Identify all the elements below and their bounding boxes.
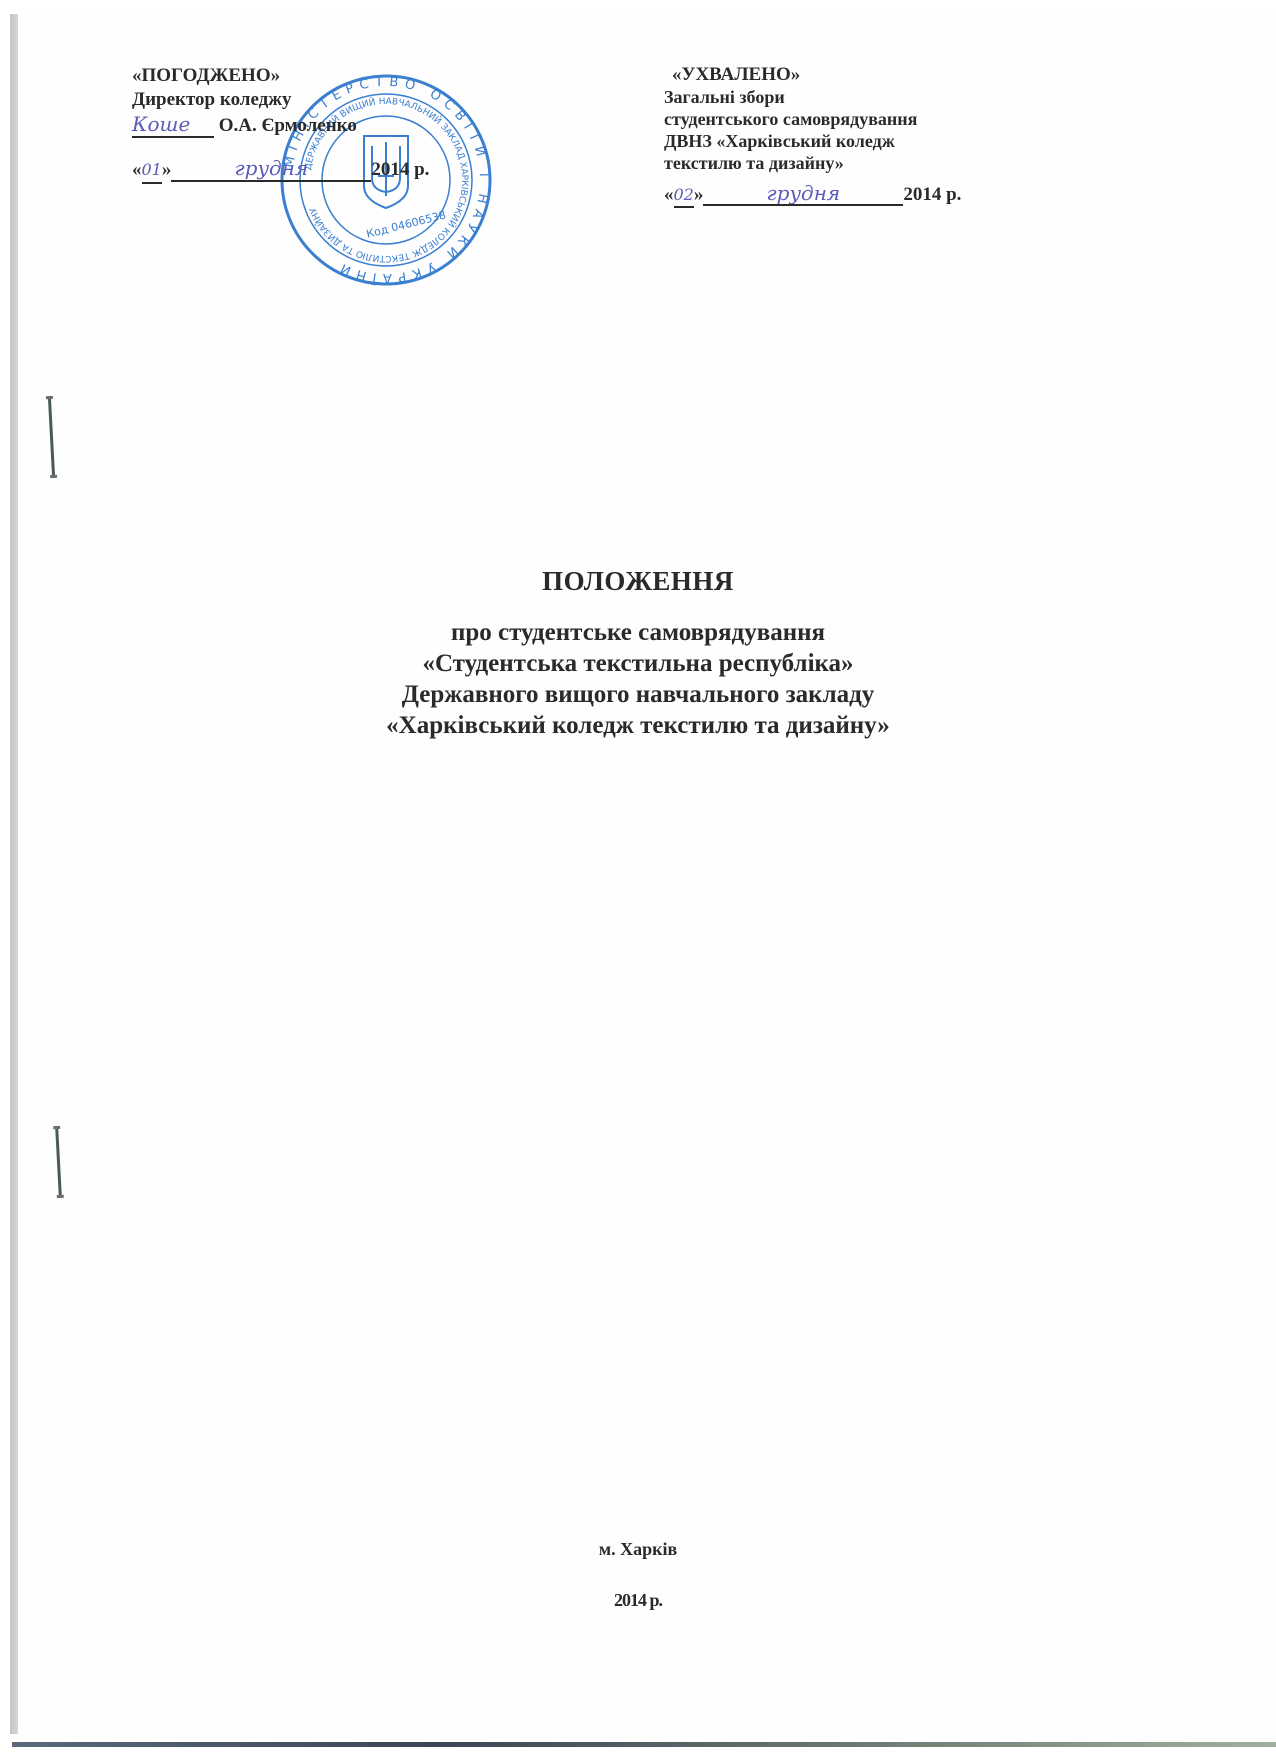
subtitle-line-2: «Студентська текстильна республіка» bbox=[0, 648, 1276, 679]
subtitle-line-3: Державного вищого навчального закладу bbox=[0, 679, 1276, 710]
scan-edge-bottom bbox=[12, 1742, 1276, 1747]
adopted-line-2: студентського самоврядування bbox=[664, 108, 961, 130]
approval-block-adopted: «УХВАЛЕНО» Загальні збори студентського … bbox=[664, 64, 961, 208]
document-title-block: ПОЛОЖЕННЯ про студентське самоврядування… bbox=[0, 566, 1276, 741]
director-signature-row: Коше О.А. Єрмоленко bbox=[132, 112, 429, 138]
director-position: Директор коледжу bbox=[132, 88, 429, 112]
document-title: ПОЛОЖЕННЯ bbox=[0, 566, 1276, 597]
document-page bbox=[18, 14, 1276, 1742]
footer-year: 2014 р. bbox=[0, 1590, 1276, 1611]
handwritten-day: 01 bbox=[142, 158, 162, 184]
handwritten-day: 02 bbox=[674, 184, 694, 208]
adopted-line-1: Загальні збори bbox=[664, 86, 961, 108]
handwritten-month: грудня bbox=[171, 156, 371, 182]
handwritten-signature: Коше bbox=[132, 112, 214, 138]
approval-block-agreed: «ПОГОДЖЕНО» Директор коледжу Коше О.А. Є… bbox=[132, 64, 429, 184]
subtitle-line-4: «Харківський коледж текстилю та дизайну» bbox=[0, 710, 1276, 741]
adopted-line-3: ДВНЗ «Харківський коледж bbox=[664, 130, 961, 152]
adopted-date: «02»грудня2014 р. bbox=[664, 182, 961, 208]
agreed-date: «01»грудня2014 р. bbox=[132, 156, 429, 184]
agreed-year: 2014 р. bbox=[371, 159, 429, 180]
footer-city: м. Харків bbox=[0, 1539, 1276, 1560]
adopted-line-4: текстилю та дизайну» bbox=[664, 152, 961, 174]
document-subtitle: про студентське самоврядування «Студентс… bbox=[0, 617, 1276, 741]
handwritten-month: грудня bbox=[703, 182, 903, 206]
subtitle-line-1: про студентське самоврядування bbox=[0, 617, 1276, 648]
adopted-year: 2014 р. bbox=[903, 184, 961, 205]
director-name: О.А. Єрмоленко bbox=[219, 115, 357, 136]
scan-edge-left bbox=[10, 14, 18, 1734]
agreed-header: «ПОГОДЖЕНО» bbox=[132, 64, 429, 88]
adopted-header: «УХВАЛЕНО» bbox=[664, 64, 961, 86]
